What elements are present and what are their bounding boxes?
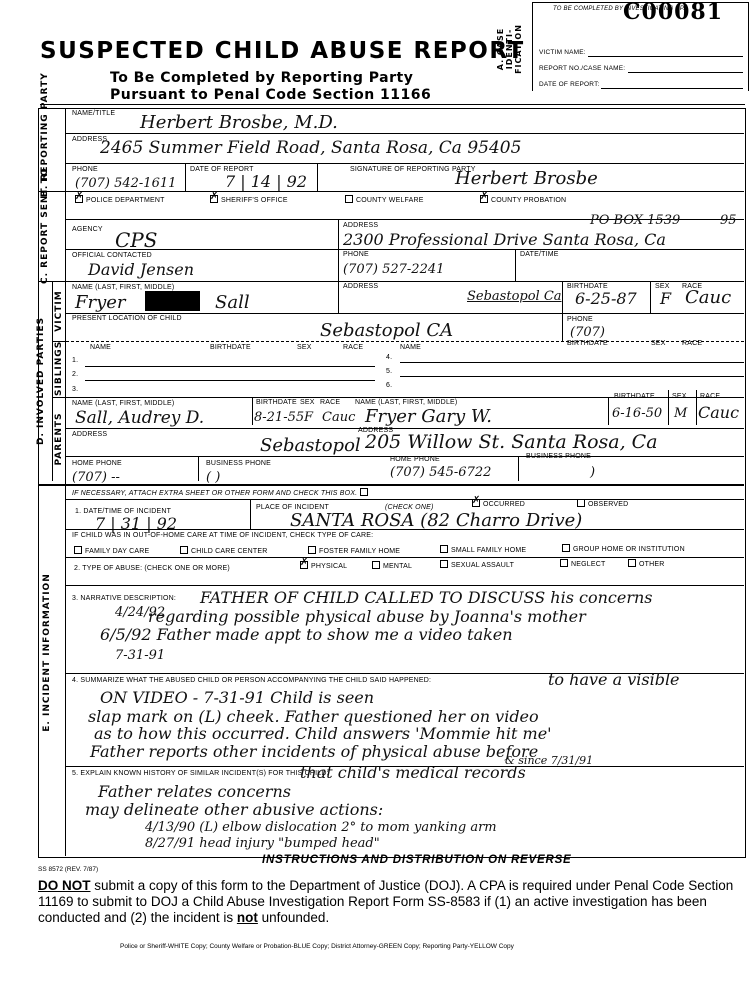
summary-line-3[interactable]: as to how this occurred. Child answers '… bbox=[94, 724, 552, 743]
parent2-sex-label: SEX bbox=[672, 393, 687, 400]
small-family-home-checkbox[interactable] bbox=[440, 545, 448, 553]
victim-middle-name[interactable]: Sall bbox=[215, 292, 250, 313]
narrative-line-4[interactable]: 7-31-91 bbox=[115, 648, 165, 663]
victim-race-value[interactable]: Cauc bbox=[685, 287, 731, 308]
header-rule bbox=[40, 104, 745, 105]
county-probation-checkbox[interactable] bbox=[480, 195, 488, 203]
siblings-col-name: NAME bbox=[90, 344, 111, 351]
parent1-race-label: RACE bbox=[320, 399, 340, 406]
group-home-checkbox[interactable] bbox=[562, 544, 570, 552]
parent1-birthdate[interactable]: 8-21-55 bbox=[254, 410, 304, 425]
parent2-name[interactable]: Fryer Gary W. bbox=[365, 406, 492, 427]
history-line-2[interactable]: may delineate other abusive actions: bbox=[85, 800, 383, 819]
siblings-col-birthdate-right: BIRTHDATE bbox=[567, 340, 608, 347]
abuse-sexual-assault[interactable]: SEXUAL ASSAULT bbox=[440, 561, 514, 569]
section-d-label: D. INVOLVED PARTIES bbox=[36, 282, 46, 480]
siblings-col-sex-right: SEX bbox=[651, 340, 666, 347]
child-care-center-checkbox[interactable] bbox=[180, 546, 188, 554]
option-county-welfare[interactable]: COUNTY WELFARE bbox=[345, 196, 424, 204]
section-divider bbox=[38, 484, 744, 486]
parent2-race[interactable]: Cauc bbox=[698, 403, 739, 422]
reporting-party-date[interactable]: 7 | 14 | 92 bbox=[225, 172, 307, 191]
mental-checkbox[interactable] bbox=[372, 561, 380, 569]
siblings-col-race-right: RACE bbox=[682, 340, 702, 347]
col-divider bbox=[317, 163, 318, 191]
observed-option[interactable]: OBSERVED bbox=[577, 500, 628, 508]
parent1-name-label: NAME (LAST, FIRST, MIDDLE) bbox=[72, 400, 174, 407]
col-divider bbox=[250, 499, 251, 529]
reporting-party-signature[interactable]: Herbert Brosbe bbox=[455, 168, 598, 189]
sibling-row-2-field[interactable] bbox=[85, 380, 375, 381]
parent1-sex[interactable]: F bbox=[304, 410, 313, 425]
victim-sex-value[interactable]: F bbox=[660, 289, 671, 308]
copy-distribution: Police or Sheriff-WHITE Copy; County Wel… bbox=[120, 943, 514, 950]
row-divider bbox=[66, 249, 744, 250]
agency-phone-label: PHONE bbox=[343, 251, 369, 258]
care-family-day-care[interactable]: FAMILY DAY CARE bbox=[74, 547, 149, 555]
parent2-sex[interactable]: M bbox=[674, 406, 687, 421]
parent2-home-phone[interactable]: (707) 545-6722 bbox=[390, 465, 491, 480]
summary-label: 4. SUMMARIZE WHAT THE ABUSED CHILD OR PE… bbox=[72, 677, 431, 684]
col-divider bbox=[518, 456, 519, 481]
case-identification-box: TO BE COMPLETED BY INVESTIGATING CPA C00… bbox=[532, 2, 749, 91]
narrative-line-3[interactable]: 6/5/92 Father made appt to show me a vid… bbox=[100, 625, 513, 644]
care-child-care-center[interactable]: CHILD CARE CENTER bbox=[180, 547, 268, 555]
parent2-birthdate[interactable]: 6-16-50 bbox=[612, 406, 662, 421]
sibling-row-3-label: 3. bbox=[72, 386, 78, 393]
parent1-name[interactable]: Sall, Audrey D. bbox=[75, 408, 204, 428]
parent1-address-label: ADDRESS bbox=[72, 431, 107, 438]
row-divider bbox=[66, 313, 744, 314]
county-welfare-checkbox[interactable] bbox=[345, 195, 353, 203]
col-divider bbox=[696, 390, 697, 425]
physical-checkbox[interactable] bbox=[300, 561, 308, 569]
section-divider bbox=[38, 191, 744, 192]
parent1-race[interactable]: Cauc bbox=[322, 410, 355, 425]
history-label: 5. EXPLAIN KNOWN HISTORY OF SIMILAR INCI… bbox=[72, 770, 329, 777]
abuse-neglect[interactable]: NEGLECT bbox=[560, 560, 605, 568]
case-stamp-number: C00081 bbox=[623, 0, 723, 25]
col-divider bbox=[252, 397, 253, 425]
sibling-row-6-label: 6. bbox=[386, 382, 392, 389]
parents-label: PARENTS bbox=[54, 398, 64, 480]
instructions-heading: INSTRUCTIONS AND DISTRIBUTION ON REVERSE bbox=[262, 854, 572, 866]
row-divider bbox=[66, 585, 744, 586]
history-line-1[interactable]: Father relates concerns bbox=[98, 782, 291, 801]
family-day-care-checkbox[interactable] bbox=[74, 546, 82, 554]
incident-date-value[interactable]: 7 | 31 | 92 bbox=[95, 514, 177, 533]
parent2-race-label: RACE bbox=[700, 393, 720, 400]
victim-name-label: VICTIM NAME: bbox=[539, 49, 586, 56]
row-divider bbox=[66, 341, 744, 342]
sibling-row-1-label: 1. bbox=[72, 357, 78, 364]
col-divider bbox=[608, 397, 609, 425]
occurred-option[interactable]: OCCURRED bbox=[472, 500, 525, 508]
side-column-divider bbox=[65, 108, 66, 856]
col-divider bbox=[515, 249, 516, 281]
reporting-party-name[interactable]: Herbert Brosbe, M.D. bbox=[140, 112, 338, 133]
sub-divider bbox=[52, 341, 66, 342]
section-e-label: E. INCIDENT INFORMATION bbox=[42, 540, 52, 765]
narrative-line-1[interactable]: FATHER OF CHILD CALLED TO DISCUSS his co… bbox=[200, 588, 652, 607]
agency-phone-value[interactable]: (707) 527-2241 bbox=[343, 262, 444, 277]
parent1-home-phone[interactable]: (707) -- bbox=[72, 470, 120, 485]
form-number: SS 8572 (REV. 7/87) bbox=[38, 866, 98, 873]
narrative-label: 3. NARRATIVE DESCRIPTION: bbox=[72, 595, 176, 602]
place-of-incident-value[interactable]: SANTA ROSA (82 Charro Drive) bbox=[290, 510, 582, 531]
parent1-business-phone-label: BUSINESS PHONE bbox=[206, 460, 271, 467]
parent1-address[interactable]: Sebastopol bbox=[260, 435, 361, 456]
parent2-address[interactable]: 205 Willow St. Santa Rosa, Ca bbox=[365, 431, 658, 453]
section-divider bbox=[38, 281, 744, 282]
section-c-label: C. REPORT SENT TO bbox=[40, 192, 50, 284]
row-divider bbox=[66, 428, 744, 429]
agency-address-label: ADDRESS bbox=[343, 222, 378, 229]
parent1-sex-label: SEX bbox=[300, 399, 315, 406]
reporting-party-address[interactable]: 2465 Summer Field Road, Santa Rosa, Ca 9… bbox=[100, 138, 521, 158]
victim-birthdate-value[interactable]: 6-25-87 bbox=[575, 289, 637, 308]
report-no-field[interactable] bbox=[628, 72, 743, 73]
row-divider bbox=[66, 163, 744, 164]
official-contacted-value[interactable]: David Jensen bbox=[88, 260, 194, 279]
col-divider bbox=[668, 390, 669, 425]
col-divider bbox=[338, 219, 339, 281]
abuse-physical[interactable]: PHYSICAL bbox=[300, 562, 347, 570]
present-location-value[interactable]: Sebastopol CA bbox=[320, 320, 453, 341]
parent1-business-phone[interactable]: ( ) bbox=[206, 470, 220, 485]
date-of-report-field[interactable] bbox=[601, 88, 743, 89]
form-title: SUSPECTED CHILD ABUSE REPORT bbox=[40, 38, 525, 64]
history-line-0[interactable]: that child's medical records bbox=[300, 763, 526, 782]
do-not-emphasis: DO NOT bbox=[38, 878, 91, 893]
parent2-home-phone-label: HOME PHONE bbox=[390, 456, 440, 463]
official-contacted-label: OFFICIAL CONTACTED bbox=[72, 252, 152, 259]
report-no-label: REPORT NO./CASE NAME: bbox=[539, 65, 625, 72]
neglect-checkbox[interactable] bbox=[560, 559, 568, 567]
siblings-col-race: RACE bbox=[343, 344, 363, 351]
col-divider bbox=[185, 163, 186, 191]
victim-label: VICTIM bbox=[54, 282, 64, 340]
parent2-business-phone[interactable]: ) bbox=[590, 465, 595, 480]
police-checkbox[interactable] bbox=[75, 195, 83, 203]
siblings-col-sex: SEX bbox=[297, 344, 312, 351]
summary-line-0[interactable]: to have a visible bbox=[548, 670, 680, 689]
row-divider bbox=[66, 133, 744, 134]
parent2-birthdate-label: BIRTHDATE bbox=[614, 393, 655, 400]
po-box-value[interactable]: PO BOX 1539 bbox=[590, 213, 680, 228]
form-subtitle-1: To Be Completed by Reporting Party bbox=[110, 70, 413, 86]
sibling-row-5-field[interactable] bbox=[400, 376, 744, 377]
narrative-line-2[interactable]: regarding possible physical abuse by Joa… bbox=[148, 607, 586, 626]
sibling-row-4-field[interactable] bbox=[400, 362, 744, 363]
present-location-label: PRESENT LOCATION OF CHILD bbox=[72, 315, 182, 322]
agency-label: AGENCY bbox=[72, 226, 103, 233]
zip-value[interactable]: 95 bbox=[720, 213, 737, 228]
form-subtitle-2: Pursuant to Penal Code Section 11166 bbox=[110, 87, 431, 103]
row-divider bbox=[66, 499, 744, 500]
foster-family-home-checkbox[interactable] bbox=[308, 546, 316, 554]
sibling-row-1-field[interactable] bbox=[85, 366, 375, 367]
history-line-4[interactable]: 8/27/91 head injury "bumped head" bbox=[145, 836, 380, 851]
row-divider bbox=[66, 529, 744, 530]
phone-label: PHONE bbox=[72, 166, 98, 173]
sibling-row-2-label: 2. bbox=[72, 371, 78, 378]
extra-sheet-option[interactable]: IF NECESSARY, ATTACH EXTRA SHEET OR OTHE… bbox=[72, 489, 371, 497]
abuse-mental[interactable]: MENTAL bbox=[372, 562, 412, 570]
summary-line-4[interactable]: Father reports other incidents of physic… bbox=[90, 742, 538, 761]
case-identification-side-label: A. CASE IDENTI- FICATION bbox=[494, 0, 522, 95]
name-title-label: NAME/TITLE bbox=[72, 110, 115, 117]
not-emphasis: not bbox=[237, 910, 258, 925]
sheriff-checkbox[interactable] bbox=[210, 195, 218, 203]
victim-address-value[interactable]: Sebastopol Ca bbox=[467, 289, 562, 304]
parent2-business-phone-label: BUSINESS PHONE bbox=[526, 453, 591, 460]
abuse-type-label: 2. TYPE OF ABUSE: (CHECK ONE OR MORE) bbox=[74, 565, 230, 572]
history-line-3[interactable]: 4/13/90 (L) elbow dislocation 2° to mom … bbox=[145, 820, 497, 835]
parent1-home-phone-label: HOME PHONE bbox=[72, 460, 122, 467]
victim-phone-value[interactable]: (707) bbox=[570, 325, 605, 340]
observed-checkbox[interactable] bbox=[577, 499, 585, 507]
reporting-party-phone[interactable]: (707) 542-1611 bbox=[75, 176, 176, 191]
col-divider bbox=[338, 281, 339, 313]
date-of-report-label: DATE OF REPORT: bbox=[539, 81, 600, 88]
sibling-row-5-label: 5. bbox=[386, 368, 392, 375]
extra-sheet-checkbox[interactable] bbox=[360, 488, 368, 496]
victim-phone-label: PHONE bbox=[567, 316, 593, 323]
option-county-probation[interactable]: COUNTY PROBATION bbox=[480, 196, 566, 204]
col-divider bbox=[198, 456, 199, 481]
care-small-family-home[interactable]: SMALL FAMILY HOME bbox=[440, 546, 526, 554]
option-police[interactable]: POLICE DEPARTMENT bbox=[75, 196, 165, 204]
agency-address-value[interactable]: 2300 Professional Drive Santa Rosa, Ca bbox=[343, 230, 666, 249]
victim-address-label: ADDRESS bbox=[343, 283, 378, 290]
sibling-row-4-label: 4. bbox=[386, 354, 392, 361]
sexual-assault-checkbox[interactable] bbox=[440, 560, 448, 568]
parent2-name-label: NAME (LAST, FIRST, MIDDLE) bbox=[355, 399, 457, 406]
redacted-first-name bbox=[145, 291, 200, 311]
siblings-col-birthdate: BIRTHDATE bbox=[210, 344, 251, 351]
other-checkbox[interactable] bbox=[628, 559, 636, 567]
datetime-label: DATE/TIME bbox=[520, 251, 559, 258]
victim-name-field[interactable] bbox=[588, 56, 743, 57]
col-divider bbox=[650, 281, 651, 313]
sub-divider bbox=[52, 397, 66, 398]
care-foster-family-home[interactable]: FOSTER FAMILY HOME bbox=[308, 547, 400, 555]
summary-line-1[interactable]: ON VIDEO - 7-31-91 Child is seen bbox=[100, 688, 374, 707]
victim-name-label: NAME (LAST, FIRST, MIDDLE) bbox=[72, 284, 174, 291]
out-of-home-label: IF CHILD WAS IN OUT-OF-HOME CARE AT TIME… bbox=[72, 532, 373, 539]
subsection-divider bbox=[52, 281, 53, 481]
option-sheriff[interactable]: SHERIFF'S OFFICE bbox=[210, 196, 288, 204]
siblings-col-name-right: NAME bbox=[400, 344, 421, 351]
row-divider bbox=[66, 557, 744, 558]
siblings-label: SIBLINGS bbox=[54, 342, 64, 396]
col-divider bbox=[562, 281, 563, 341]
parent1-birthdate-label: BIRTHDATE bbox=[256, 399, 297, 406]
abuse-other[interactable]: OTHER bbox=[628, 560, 665, 568]
occurred-checkbox[interactable] bbox=[472, 499, 480, 507]
care-group-home[interactable]: GROUP HOME OR INSTITUTION bbox=[562, 545, 685, 553]
victim-last-name[interactable]: Fryer bbox=[75, 292, 126, 313]
footer-paragraph: DO NOT submit a copy of this form to the… bbox=[38, 878, 738, 926]
